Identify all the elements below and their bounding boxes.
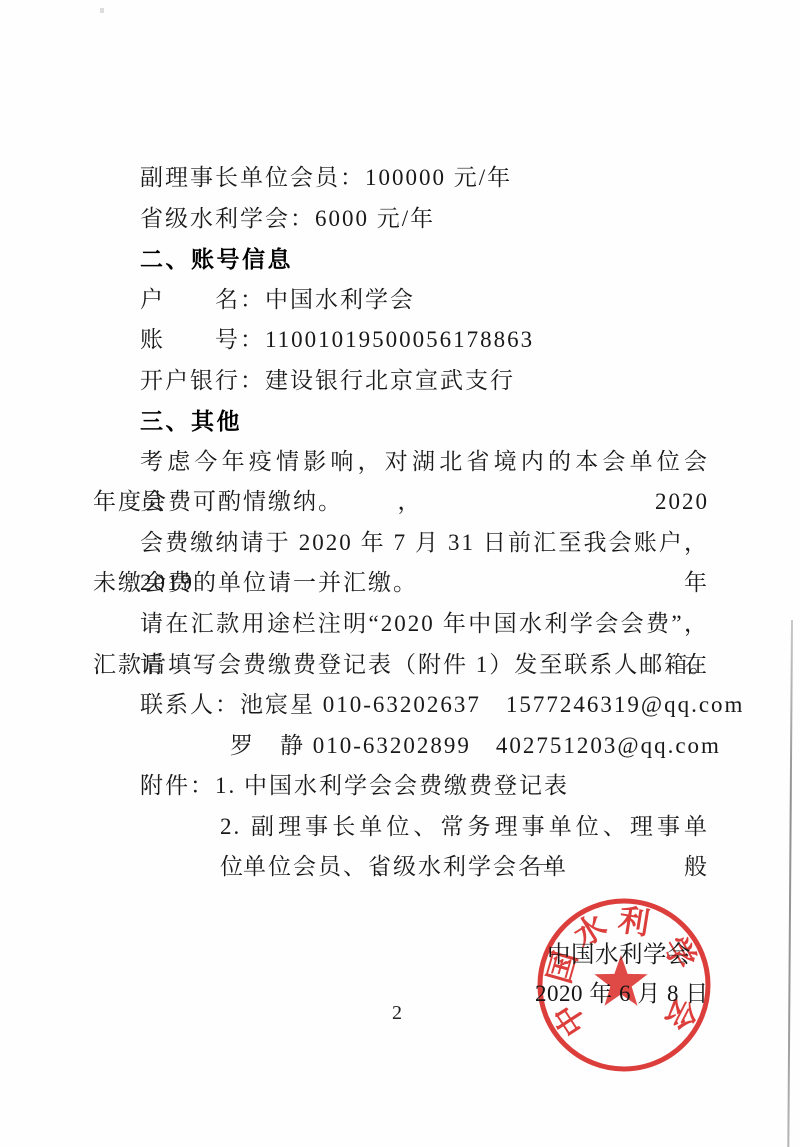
document-body: 副理事长单位会员：100000 元/年 省级水利学会：6000 元/年 二、账号… [93, 158, 709, 888]
line-account-number: 账 号：11001019500056178863 [93, 320, 709, 361]
scan-artifact-line [787, 620, 792, 1147]
line-attachment-2a: 2. 副理事长单位、常务理事单位、理事单位、一般 [93, 807, 709, 848]
line-account-name: 户 名：中国水利学会 [93, 280, 709, 321]
line-fee-vice-chairman: 副理事长单位会员：100000 元/年 [93, 158, 709, 199]
line-contact-1: 联系人：池宸星 010-63202637 1577246319@qq.com [93, 685, 709, 726]
line-attachment-1: 附件：1. 中国水利学会会费缴费登记表 [93, 766, 709, 807]
page-number: 2 [0, 1002, 794, 1025]
signature-org: 中国水利学会 [547, 935, 691, 969]
scan-speck [100, 8, 104, 13]
line-contact-2: 罗 静 010-63202899 402751203@qq.com [93, 726, 709, 767]
line-account-bank: 开户银行：建设银行北京宣武支行 [93, 361, 709, 402]
line-fee-provincial-society: 省级水利学会：6000 元/年 [93, 199, 709, 240]
heading-account-info: 二、账号信息 [93, 239, 709, 280]
paragraph-deadline-line-1: 会费缴纳请于 2020 年 7 月 31 日前汇至我会账户，2019 年 [93, 523, 709, 564]
paragraph-remittance-line-2: 汇款后填写会费缴费登记表（附件 1）发至联系人邮箱。 [93, 645, 709, 686]
document-page: 副理事长单位会员：100000 元/年 省级水利学会：6000 元/年 二、账号… [0, 0, 800, 1147]
paragraph-pandemic-line-1: 考虑今年疫情影响，对湖北省境内的本会单位会员，2020 [93, 442, 709, 483]
heading-other: 三、其他 [93, 401, 709, 442]
paragraph-remittance-line-1: 请在汇款用途栏注明“2020 年中国水利学会会费”，请在 [93, 604, 709, 645]
